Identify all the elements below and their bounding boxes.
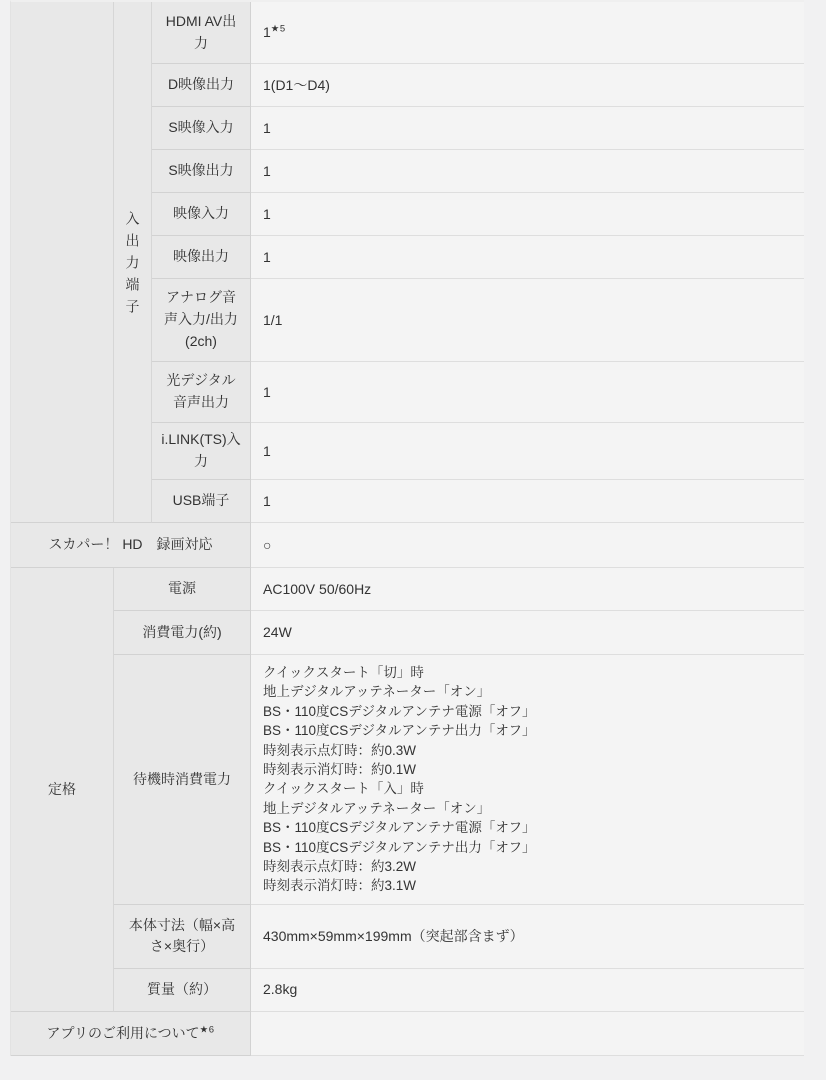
dimensions-label-cell: 本体寸法（幅×高さ×奥行） xyxy=(114,905,251,969)
table-row: スカパー！ HD 録画対応 ○ xyxy=(11,523,804,568)
table-row: 待機時消費電力 クイックスタート「切」時 地上デジタルアッテネーター「オン」 B… xyxy=(11,655,804,905)
standby-power-line: クイックスタート「切」時 xyxy=(263,663,792,682)
spec-value-cell: 1 xyxy=(251,362,804,423)
table-row: アプリのご利用について★6 xyxy=(11,1012,804,1056)
standby-power-label-cell: 待機時消費電力 xyxy=(114,655,251,905)
weight-value-cell: 2.8kg xyxy=(251,969,804,1012)
spec-label-cell: 映像入力 xyxy=(152,193,251,236)
spec-table: 入出力端子 HDMI AV出力 1★5 D映像出力 1(D1〜D4) S映像入力… xyxy=(10,0,804,1056)
io-parent-category-cell xyxy=(11,2,114,523)
standby-power-value-cell: クイックスタート「切」時 地上デジタルアッテネーター「オン」 BS・110度CS… xyxy=(251,655,804,905)
spec-value-cell: 1 xyxy=(251,236,804,279)
spec-value-cell: 1 xyxy=(251,423,804,480)
table-row: 定格 電源 AC100V 50/60Hz xyxy=(11,568,804,611)
standby-power-line: 地上デジタルアッテネーター「オン」 xyxy=(263,799,792,818)
table-row: 消費電力(約) 24W xyxy=(11,611,804,655)
spec-value-cell: 1 xyxy=(251,107,804,150)
rating-category-cell: 定格 xyxy=(11,568,114,1012)
skapaa-hd-value-cell: ○ xyxy=(251,523,804,568)
standby-power-line: BS・110度CSデジタルアンテナ出力「オフ」 xyxy=(263,838,792,857)
spec-label-cell: 映像出力 xyxy=(152,236,251,279)
standby-power-line: BS・110度CSデジタルアンテナ電源「オフ」 xyxy=(263,818,792,837)
spec-label-cell: 電源 xyxy=(114,568,251,611)
spec-label-cell: D映像出力 xyxy=(152,64,251,107)
standby-power-line: 時刻表示消灯時：約3.1W xyxy=(263,876,792,895)
spec-label-cell: 光デジタル音声出力 xyxy=(152,362,251,423)
weight-label-cell: 質量（約） xyxy=(114,969,251,1012)
table-row: 質量（約） 2.8kg xyxy=(11,969,804,1012)
skapaa-hd-label-cell: スカパー！ HD 録画対応 xyxy=(11,523,251,568)
app-usage-label-text: アプリのご利用について xyxy=(47,1025,200,1041)
spec-value-cell: 1★5 xyxy=(251,2,804,64)
spec-label-cell: USB端子 xyxy=(152,480,251,523)
standby-power-line: 時刻表示消灯時：約0.1W xyxy=(263,760,792,779)
app-usage-label-cell: アプリのご利用について★6 xyxy=(11,1012,251,1056)
spec-value-cell: AC100V 50/60Hz xyxy=(251,568,804,611)
standby-power-line: BS・110度CSデジタルアンテナ出力「オフ」 xyxy=(263,721,792,740)
io-category-cell: 入出力端子 xyxy=(114,2,152,523)
spec-value-cell: 1(D1〜D4) xyxy=(251,64,804,107)
spec-label-cell: 消費電力(約) xyxy=(114,611,251,655)
footnote-marker: ★5 xyxy=(271,23,286,34)
table-row: 入出力端子 HDMI AV出力 1★5 xyxy=(11,2,804,64)
standby-power-line: クイックスタート「入」時 xyxy=(263,779,792,798)
spec-value-text: 1 xyxy=(263,24,271,40)
spec-value-cell: 1/1 xyxy=(251,279,804,362)
spec-label-cell: S映像出力 xyxy=(152,150,251,193)
io-category-label: 入出力端子 xyxy=(126,211,140,321)
app-usage-value-cell xyxy=(251,1012,804,1056)
spec-label-cell: S映像入力 xyxy=(152,107,251,150)
standby-power-line: 時刻表示点灯時：約0.3W xyxy=(263,741,792,760)
spec-value-cell: 24W xyxy=(251,611,804,655)
spec-label-cell: HDMI AV出力 xyxy=(152,2,251,64)
footnote-marker: ★6 xyxy=(200,1024,215,1035)
standby-power-line: 時刻表示点灯時：約3.2W xyxy=(263,857,792,876)
standby-power-line: 地上デジタルアッテネーター「オン」 xyxy=(263,682,792,701)
spec-label-cell: アナログ音声入力/出力 (2ch) xyxy=(152,279,251,362)
spec-value-cell: 1 xyxy=(251,150,804,193)
spec-label-cell: i.LINK(TS)入力 xyxy=(152,423,251,480)
standby-power-line: BS・110度CSデジタルアンテナ電源「オフ」 xyxy=(263,702,792,721)
table-row: 本体寸法（幅×高さ×奥行） 430mm×59mm×199mm（突起部含まず） xyxy=(11,905,804,969)
spec-value-cell: 1 xyxy=(251,193,804,236)
dimensions-value-cell: 430mm×59mm×199mm（突起部含まず） xyxy=(251,905,804,969)
spec-value-cell: 1 xyxy=(251,480,804,523)
